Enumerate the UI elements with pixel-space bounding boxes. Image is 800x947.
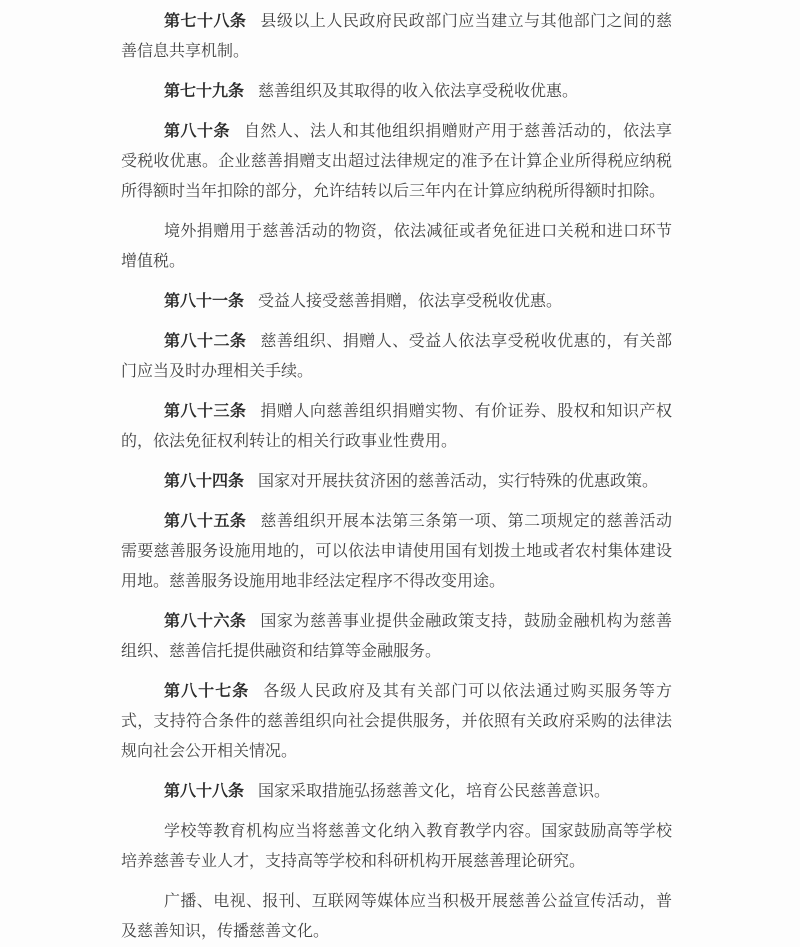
paragraph-text: 学校等教育机构应当将慈善文化纳入教育教学内容。国家鼓励高等学校培养慈善专业人才，… bbox=[121, 823, 672, 870]
article-number: 第八十六条 bbox=[164, 613, 246, 630]
article-number: 第八十八条 bbox=[164, 783, 244, 800]
paragraph: 广播、电视、报刊、互联网等媒体应当积极开展慈善公益宣传活动，普及慈善知识，传播慈… bbox=[121, 887, 672, 947]
paragraph: 第七十八条县级以上人民政府民政部门应当建立与其他部门之间的慈善信息共享机制。 bbox=[121, 7, 672, 67]
article-number: 第八十一条 bbox=[164, 293, 244, 310]
article-number: 第八十三条 bbox=[164, 403, 246, 420]
paragraph: 第八十七条各级人民政府及其有关部门可以依法通过购买服务等方式，支持符合条件的慈善… bbox=[121, 677, 672, 767]
paragraph: 第八十四条国家对开展扶贫济困的慈善活动，实行特殊的优惠政策。 bbox=[121, 467, 672, 497]
article-number: 第七十九条 bbox=[164, 83, 244, 100]
paragraph: 学校等教育机构应当将慈善文化纳入教育教学内容。国家鼓励高等学校培养慈善专业人才，… bbox=[121, 817, 672, 877]
paragraph: 第八十六条国家为慈善事业提供金融政策支持，鼓励金融机构为慈善组织、慈善信托提供融… bbox=[121, 607, 672, 667]
paragraph: 境外捐赠用于慈善活动的物资，依法减征或者免征进口关税和进口环节增值税。 bbox=[121, 217, 672, 277]
document-page: 第七十八条县级以上人民政府民政部门应当建立与其他部门之间的慈善信息共享机制。 第… bbox=[0, 0, 800, 947]
paragraph-text: 境外捐赠用于慈善活动的物资，依法减征或者免征进口关税和进口环节增值税。 bbox=[121, 223, 672, 270]
document-body: 第七十八条县级以上人民政府民政部门应当建立与其他部门之间的慈善信息共享机制。 第… bbox=[0, 0, 800, 947]
paragraph: 第八十三条捐赠人向慈善组织捐赠实物、有价证券、股权和知识产权的，依法免征权利转让… bbox=[121, 397, 672, 457]
paragraph: 第八十二条慈善组织、捐赠人、受益人依法享受税收优惠的，有关部门应当及时办理相关手… bbox=[121, 327, 672, 387]
article-number: 第八十二条 bbox=[164, 333, 246, 350]
paragraph: 第八十条自然人、法人和其他组织捐赠财产用于慈善活动的，依法享受税收优惠。企业慈善… bbox=[121, 117, 672, 207]
article-number: 第七十八条 bbox=[164, 13, 246, 30]
paragraph-text: 受益人接受慈善捐赠，依法享受税收优惠。 bbox=[258, 293, 562, 310]
article-number: 第八十四条 bbox=[164, 473, 244, 490]
paragraph: 第八十八条国家采取措施弘扬慈善文化，培育公民慈善意识。 bbox=[121, 777, 672, 807]
article-number: 第八十七条 bbox=[164, 683, 249, 700]
paragraph-text: 慈善组织及其取得的收入依法享受税收优惠。 bbox=[258, 83, 578, 100]
paragraph: 第七十九条慈善组织及其取得的收入依法享受税收优惠。 bbox=[121, 77, 672, 107]
paragraph-text: 国家采取措施弘扬慈善文化，培育公民慈善意识。 bbox=[258, 783, 610, 800]
paragraph: 第八十五条慈善组织开展本法第三条第一项、第二项规定的慈善活动需要慈善服务设施用地… bbox=[121, 507, 672, 597]
paragraph: 第八十一条受益人接受慈善捐赠，依法享受税收优惠。 bbox=[121, 287, 672, 317]
paragraph-text: 广播、电视、报刊、互联网等媒体应当积极开展慈善公益宣传活动，普及慈善知识，传播慈… bbox=[121, 893, 672, 940]
article-number: 第八十五条 bbox=[164, 513, 246, 530]
article-number: 第八十条 bbox=[164, 123, 230, 140]
paragraph-text: 国家对开展扶贫济困的慈善活动，实行特殊的优惠政策。 bbox=[258, 473, 658, 490]
